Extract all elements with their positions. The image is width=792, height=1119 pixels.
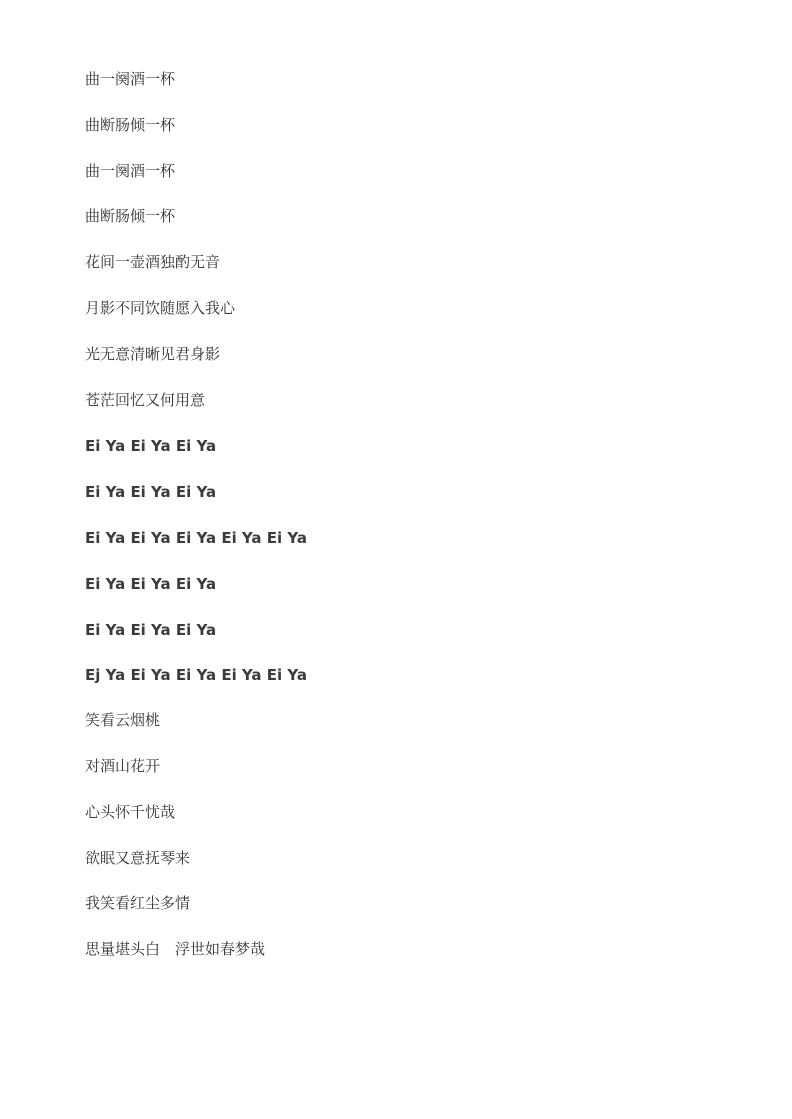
lyric-line-refrain: Ei Ya Ei Ya Ei Ya	[85, 424, 752, 470]
lyric-line-refrain: Ei Ya Ei Ya Ei Ya	[85, 470, 752, 516]
lyric-line: 曲断肠倾一杯	[85, 104, 752, 150]
lyric-line: 心头怀千忧哉	[85, 791, 752, 837]
lyric-line: 对酒山花开	[85, 745, 752, 791]
lyric-line-refrain: Ei Ya Ei Ya Ei Ya	[85, 608, 752, 654]
lyric-line-refrain: Ej Ya Ei Ya Ei Ya Ei Ya Ei Ya	[85, 653, 752, 699]
lyric-line: 曲一阕酒一杯	[85, 58, 752, 104]
document-page: 曲一阕酒一杯 曲断肠倾一杯 曲一阕酒一杯 曲断肠倾一杯 花间一壶酒独酌无音 月影…	[0, 0, 792, 1119]
lyric-line: 曲一阕酒一杯	[85, 150, 752, 196]
lyric-line-refrain: Ei Ya Ei Ya Ei Ya Ei Ya Ei Ya	[85, 516, 752, 562]
lyric-line: 花间一壶酒独酌无音	[85, 241, 752, 287]
lyric-line: 我笑看红尘多情	[85, 882, 752, 928]
lyric-line: 思量堪头白 浮世如春梦哉	[85, 928, 752, 974]
lyric-line: 光无意清晰见君身影	[85, 333, 752, 379]
lyric-line: 苍茫回忆又何用意	[85, 379, 752, 425]
lyric-line: 曲断肠倾一杯	[85, 195, 752, 241]
lyric-line: 笑看云烟桃	[85, 699, 752, 745]
lyric-line: 欲眠又意抚琴来	[85, 837, 752, 883]
lyric-line-refrain: Ei Ya Ei Ya Ei Ya	[85, 562, 752, 608]
lyric-line: 月影不同饮随愿入我心	[85, 287, 752, 333]
